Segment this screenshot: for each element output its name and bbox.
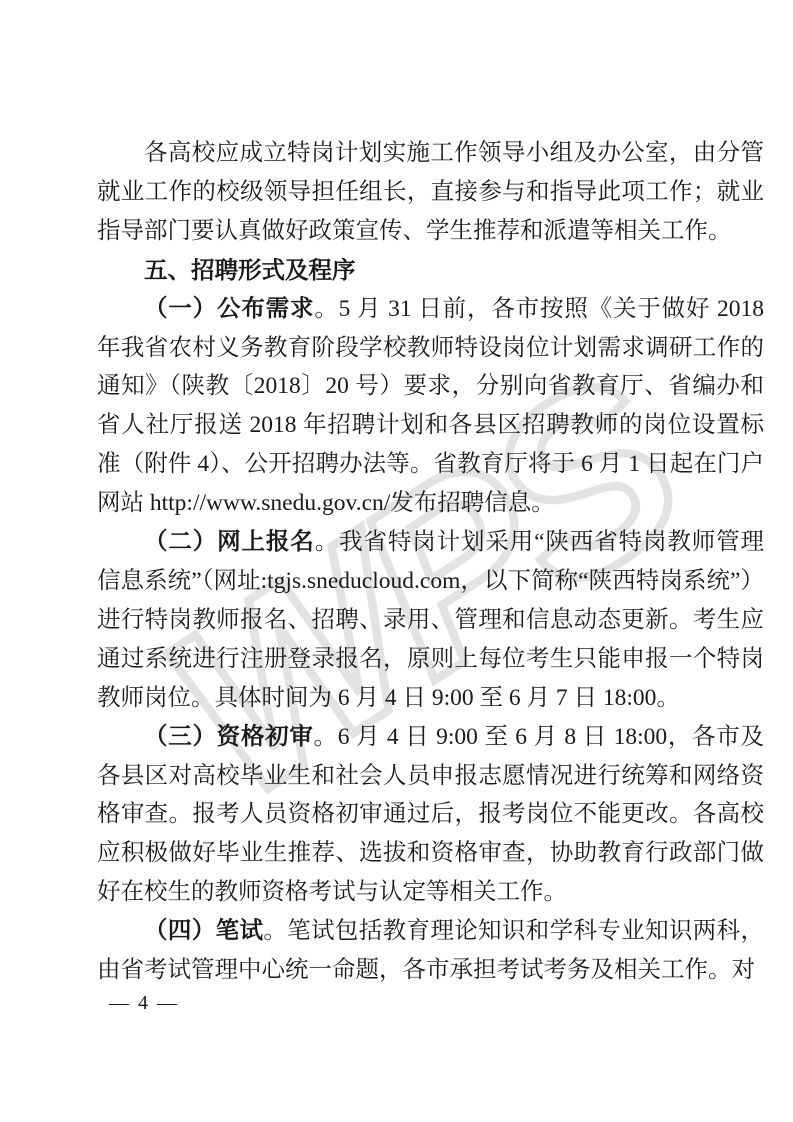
paragraph-written-exam: （四）笔试。笔试包括教育理论知识和学科专业知识两科，由省考试管理中心统一命题，各…: [97, 912, 764, 990]
paragraph-online-registration: （二）网上报名。我省特岗计划采用“陕西省特岗教师管理信息系统”（网址:tgjs.…: [97, 523, 764, 718]
intro-paragraph: 各高校应成立特岗计划实施工作领导小组及办公室，由分管就业工作的校级领导担任组长，…: [97, 134, 764, 251]
paragraph-lead: （三）资格初审: [144, 724, 314, 750]
section-heading: 五、招聘形式及程序: [97, 251, 764, 290]
paragraph-lead: （四）笔试: [144, 918, 263, 944]
document-body: 各高校应成立特岗计划实施工作领导小组及办公室，由分管就业工作的校级领导担任组长，…: [97, 134, 764, 990]
paragraph-publish-demand: （一）公布需求。5 月 31 日前，各市按照《关于做好 2018 年我省农村义务…: [97, 290, 764, 523]
paragraph-body: 。我省特岗计划采用“陕西省特岗教师管理信息系统”（网址:tgjs.sneducl…: [97, 529, 764, 711]
paragraph-lead: （一）公布需求: [144, 296, 314, 322]
page-number: — 4 —: [109, 992, 179, 1015]
document-page: WPS 各高校应成立特岗计划实施工作领导小组及办公室，由分管就业工作的校级领导担…: [0, 0, 793, 1122]
paragraph-body: 。6 月 4 日 9:00 至 6 月 8 日 18:00，各市及各县区对高校毕…: [97, 724, 764, 906]
paragraph-qualification-review: （三）资格初审。6 月 4 日 9:00 至 6 月 8 日 18:00，各市及…: [97, 718, 764, 913]
paragraph-lead: （二）网上报名: [144, 529, 315, 555]
paragraph-body: 。5 月 31 日前，各市按照《关于做好 2018 年我省农村义务教育阶段学校教…: [97, 296, 764, 517]
